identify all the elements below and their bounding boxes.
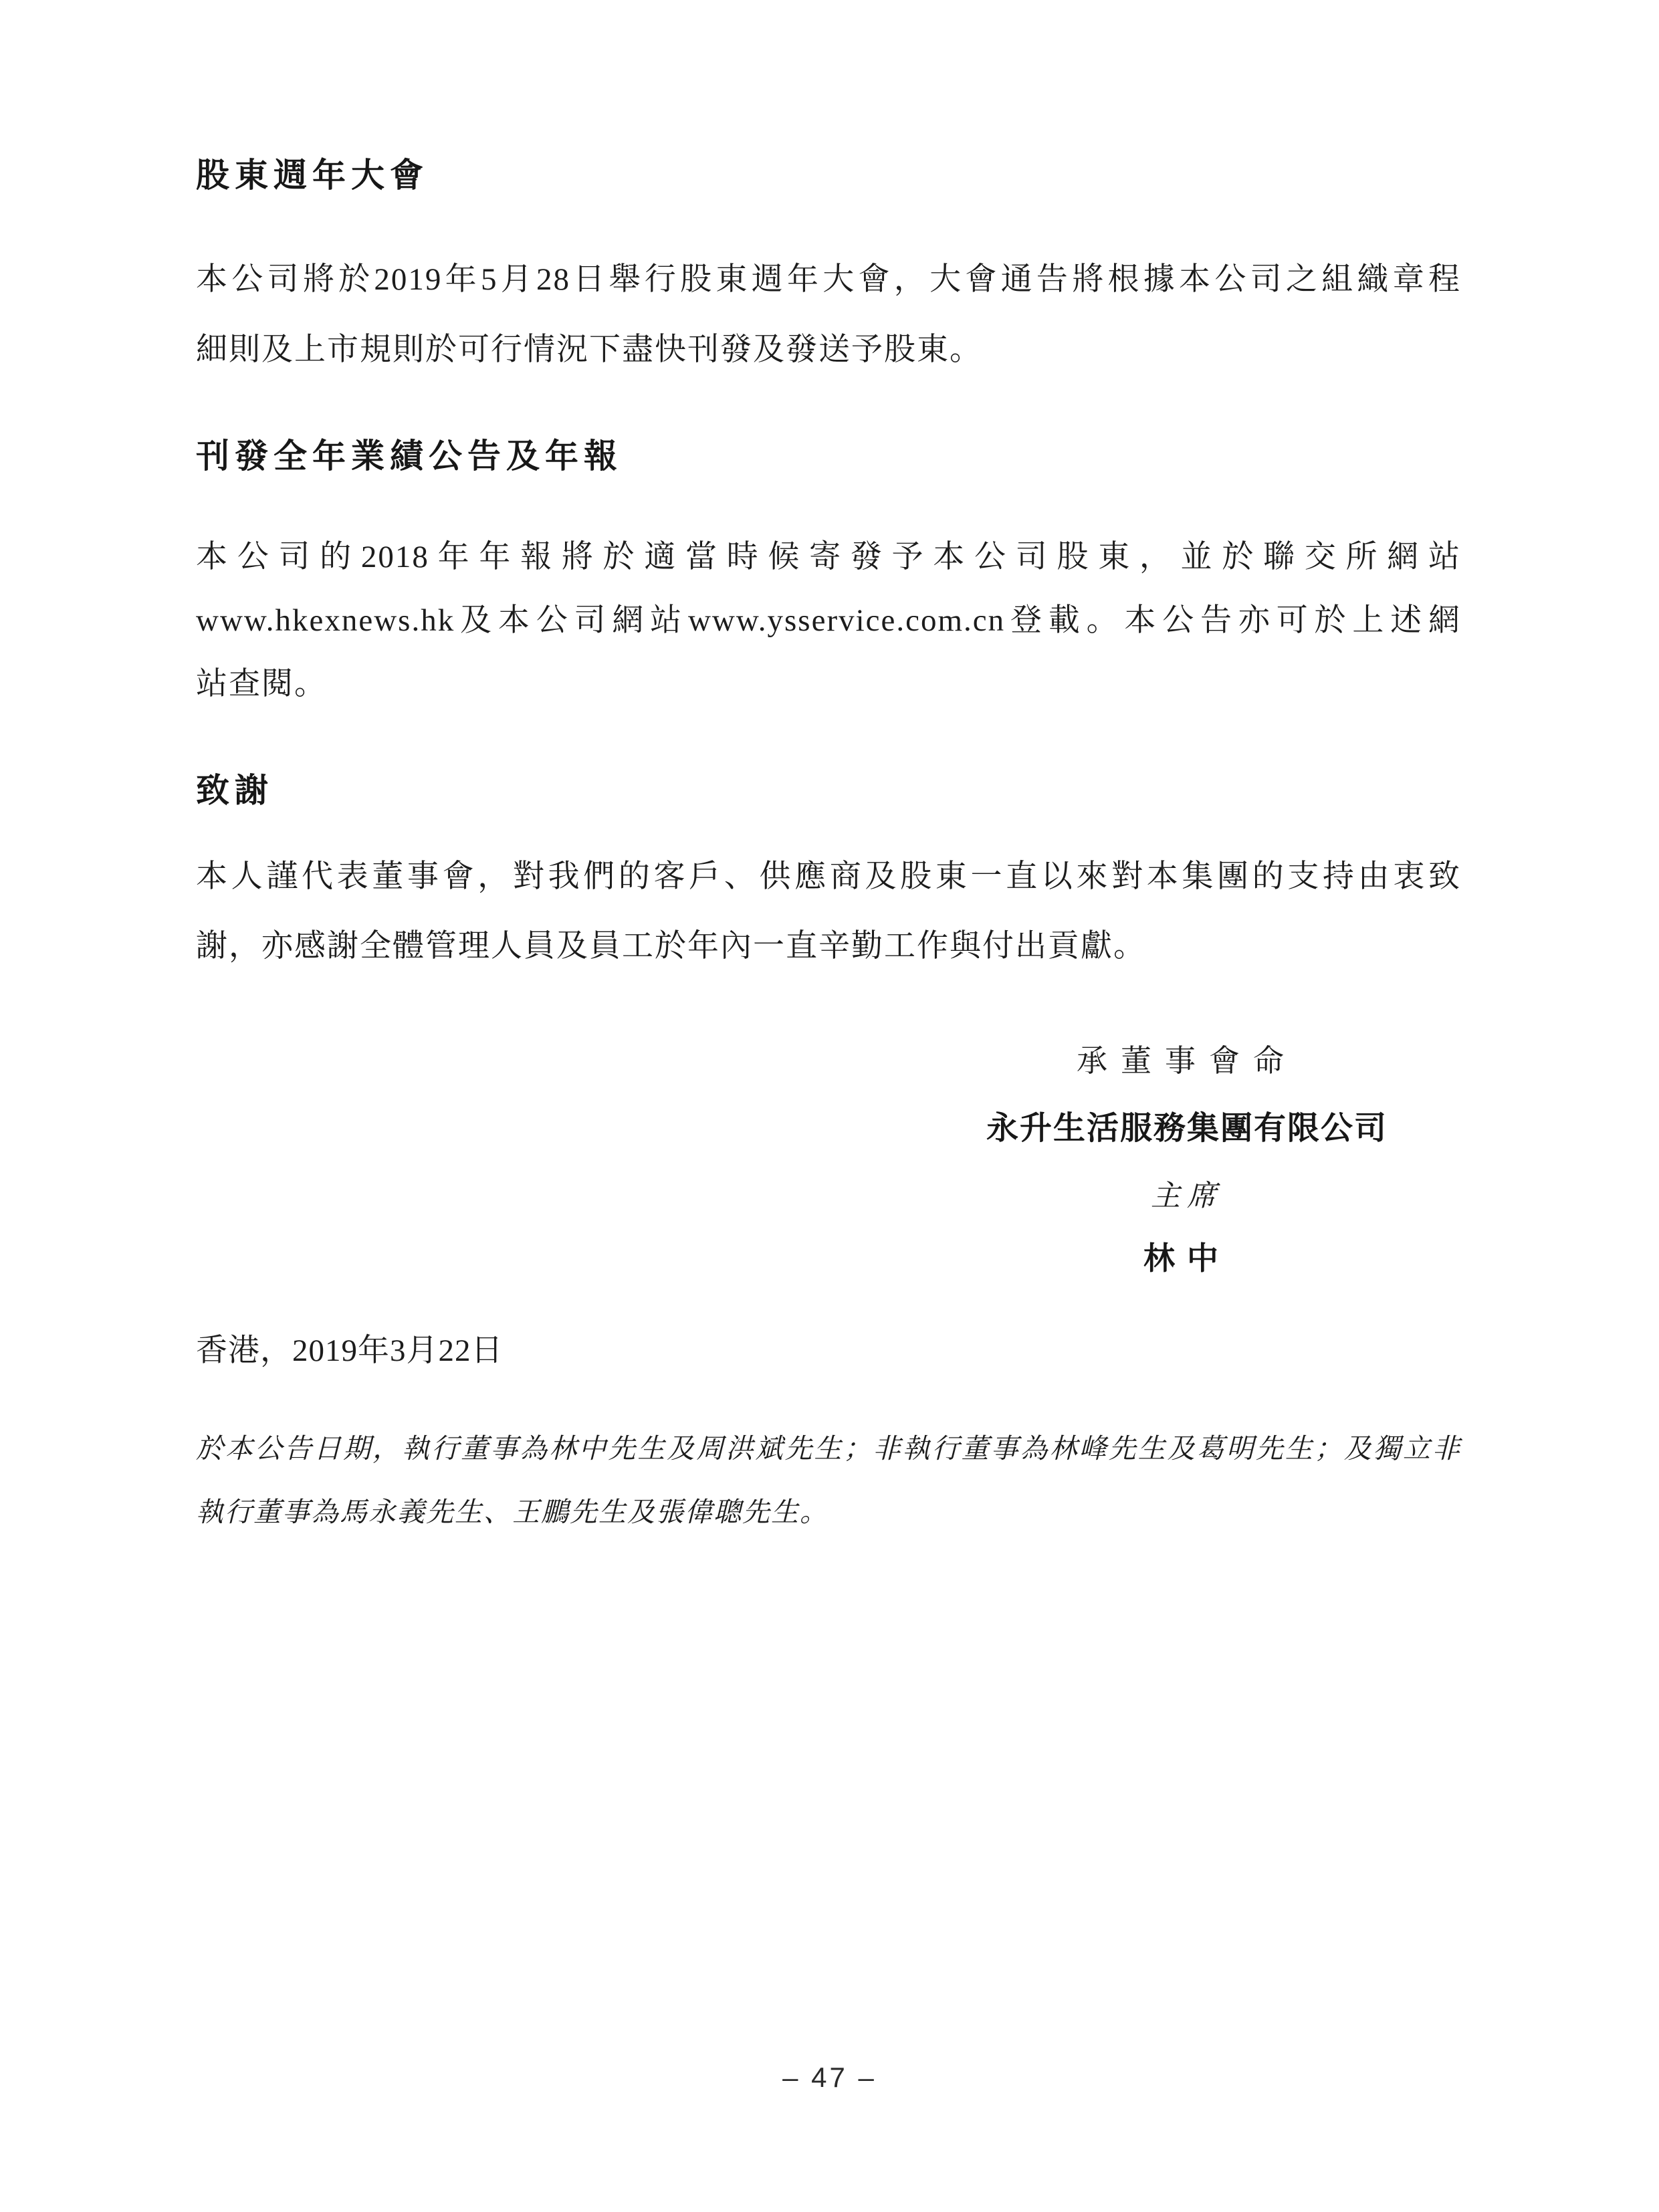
paragraph-line: 站查閱。 bbox=[196, 669, 1461, 700]
page-number: – 47 – bbox=[0, 2062, 1659, 2094]
paragraph-line: 本人謹代表董事會，對我們的客戶、供應商及股東一直以來對本集團的支持由衷致 bbox=[196, 861, 1461, 893]
signature-name: 林中 bbox=[973, 1234, 1401, 1279]
document-page: 股東週年大會 本公司將於2019年5月28日舉行股東週年大會，大會通告將根據本公… bbox=[0, 0, 1659, 2212]
signature-company-name: 永升生活服務集團有限公司 bbox=[973, 1102, 1401, 1148]
paragraph-line: 謝，亦感謝全體管理人員及員工於年內一直辛勤工作與付出貢獻。 bbox=[196, 931, 1461, 962]
signature-title: 主席 bbox=[973, 1172, 1401, 1214]
paragraph-line: 細則及上市規則於可行情況下盡快刊發及發送予股東。 bbox=[196, 334, 1461, 366]
dateline: 香港，2019年3月22日 bbox=[196, 1325, 504, 1370]
section-heading-agm: 股東週年大會 bbox=[196, 148, 1461, 197]
footnote-line: 於本公告日期，執行董事為林中先生及周洪斌先生；非執行董事為林峰先生及葛明先生；及… bbox=[196, 1426, 1461, 1466]
paragraph-line: www.hkexnews.hk及本公司網站www.ysservice.com.c… bbox=[196, 605, 1461, 637]
signature-by-order: 承董事會命 bbox=[973, 1036, 1401, 1081]
footnote-line: 執行董事為馬永義先生、王鵬先生及張偉聰先生。 bbox=[196, 1490, 1461, 1529]
paragraph-line: 本公司的2018年年報將於適當時候寄發予本公司股東，並於聯交所網站 bbox=[196, 542, 1461, 573]
section-heading-appreciation: 致謝 bbox=[196, 764, 1461, 812]
paragraph-line: 本公司將於2019年5月28日舉行股東週年大會，大會通告將根據本公司之組織章程 bbox=[196, 264, 1461, 296]
section-heading-publication: 刊發全年業績公告及年報 bbox=[196, 429, 1461, 477]
